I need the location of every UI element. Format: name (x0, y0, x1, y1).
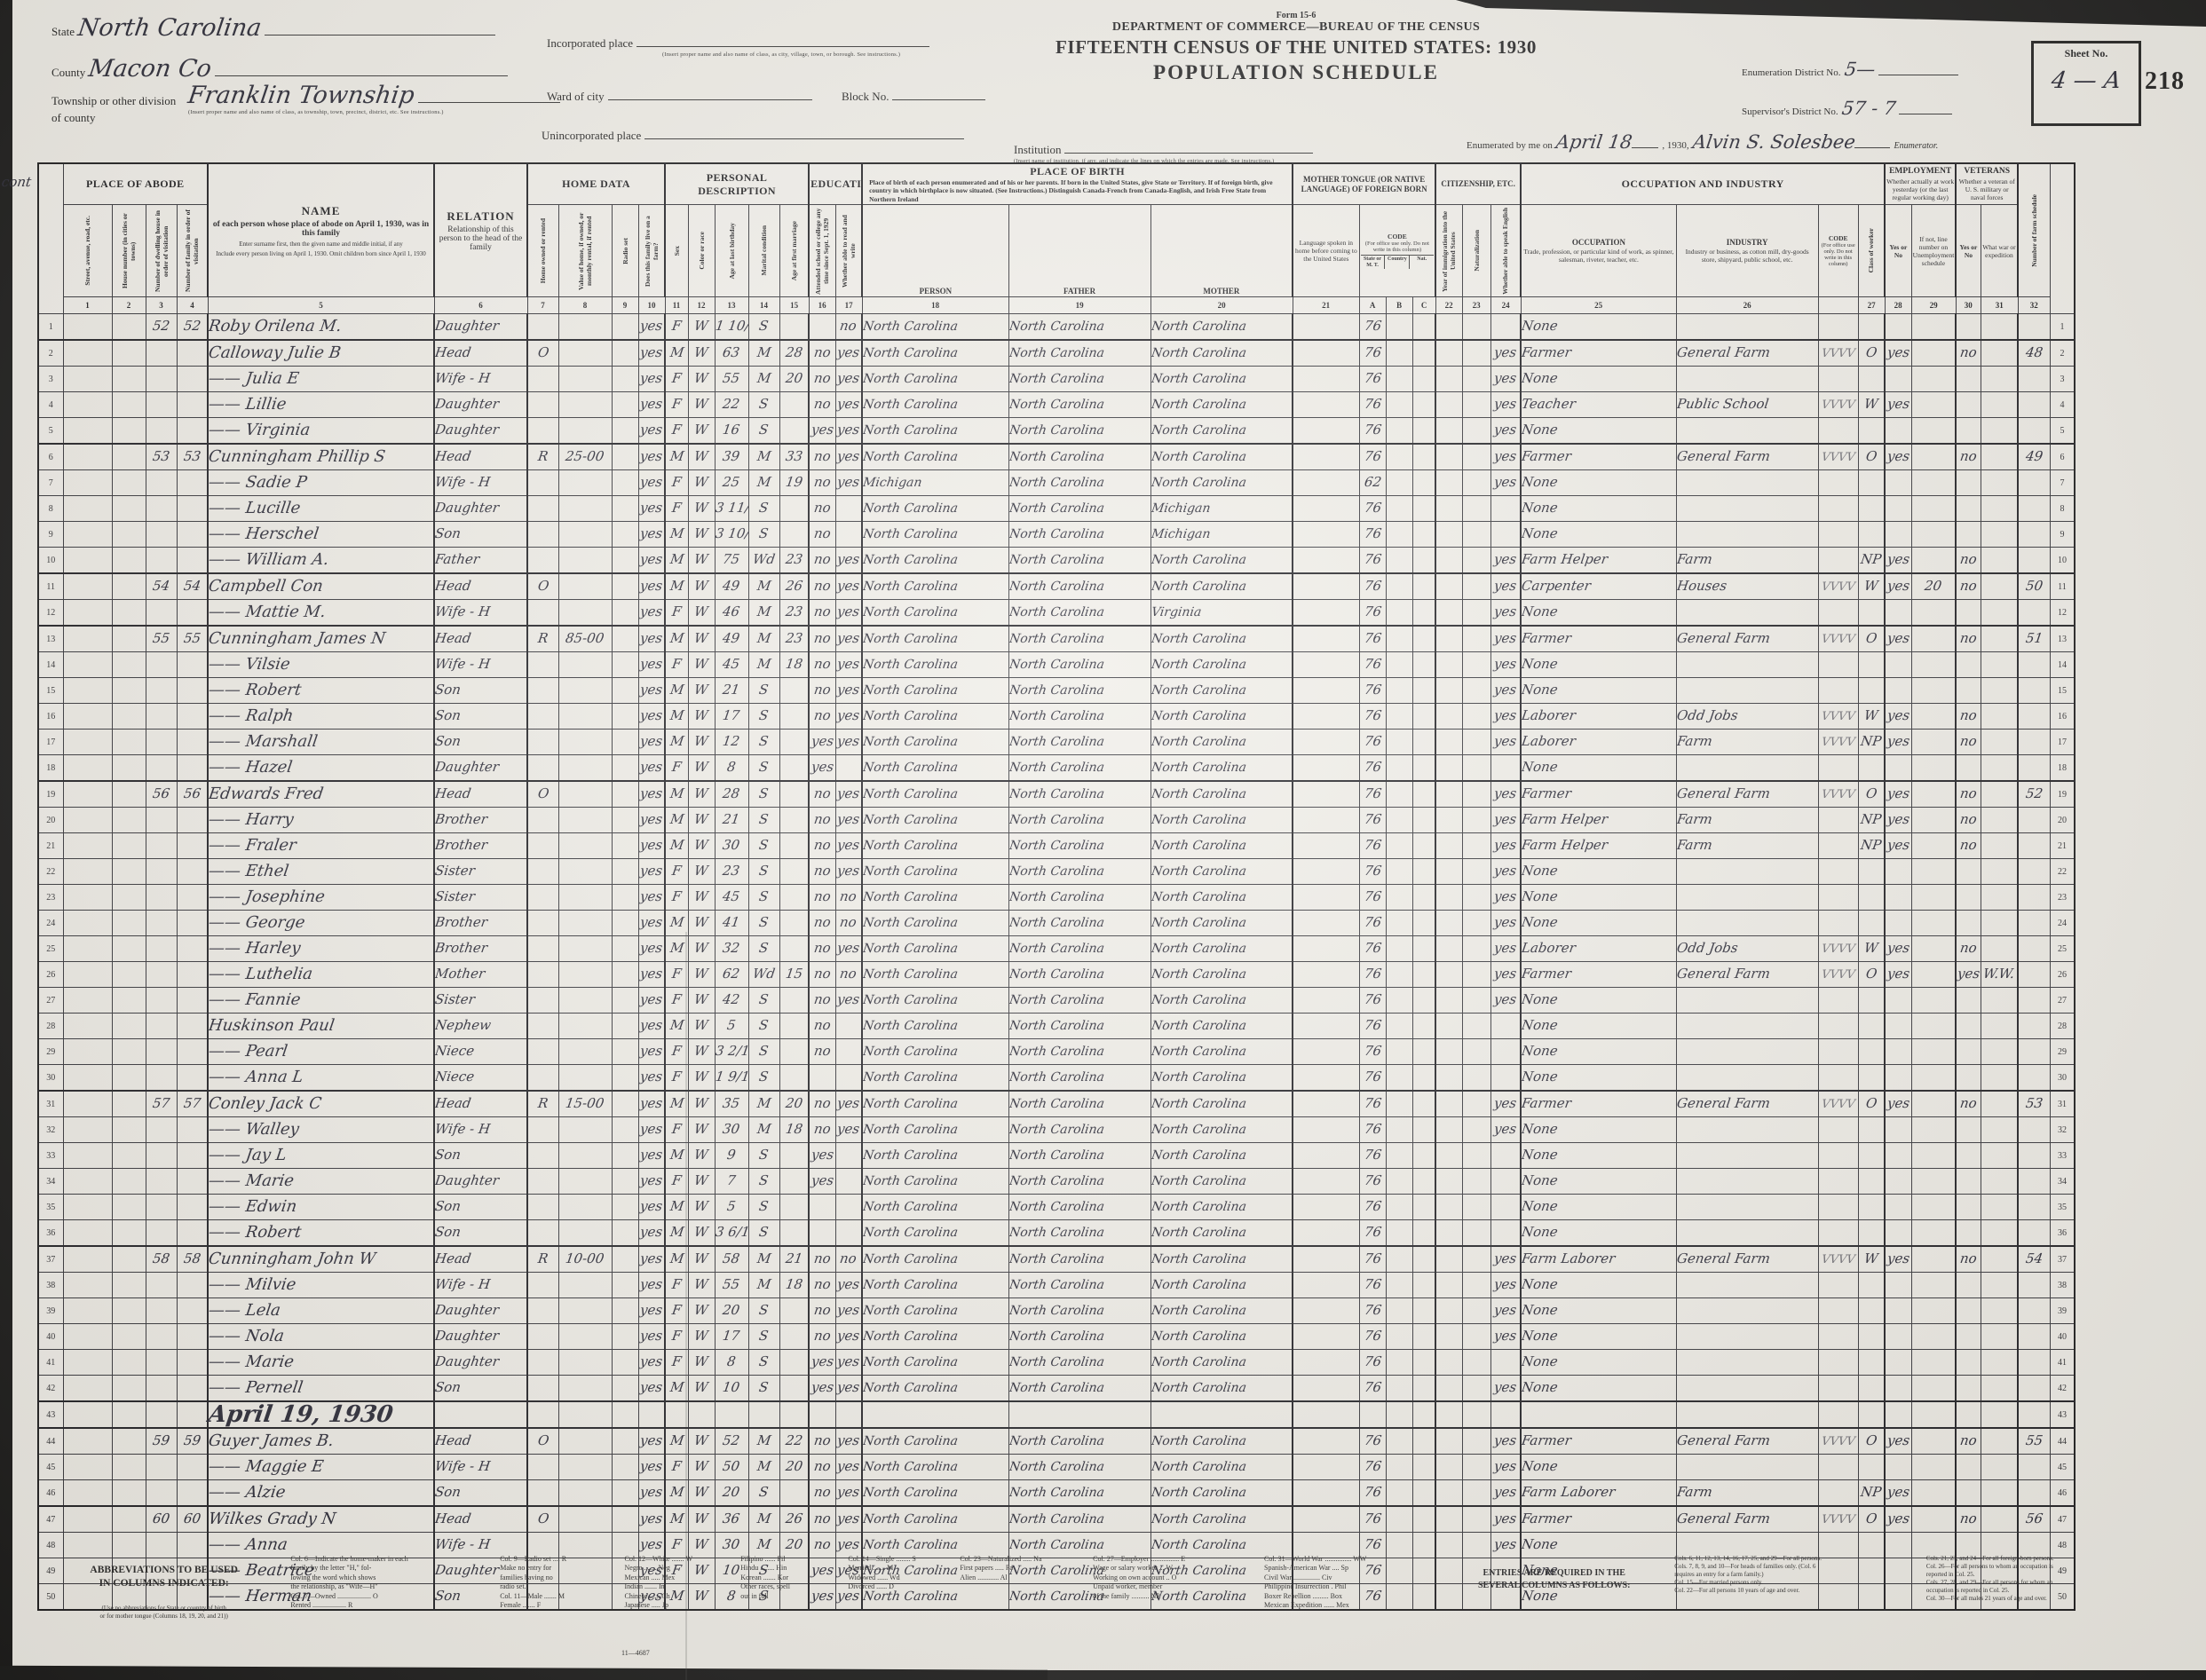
handwritten-entry: 52 (2025, 787, 2044, 801)
handwritten-entry: 76 (1364, 605, 1382, 619)
cell-mar: S (748, 1298, 779, 1324)
cell-ca: 76 (1359, 444, 1386, 470)
handwritten-entry: yes (1493, 605, 1517, 619)
handwritten-entry: yes (836, 1123, 860, 1136)
handwritten-entry: S (758, 423, 769, 437)
schedule-row: 25—— HarleyBrotheryesMW32SnoyesNorth Car… (38, 936, 2075, 962)
handwritten-entry: 26 (785, 580, 803, 593)
handwritten-entry: M (669, 916, 684, 929)
cell-lang (1293, 1480, 1359, 1507)
handwritten-entry: Head (434, 1434, 472, 1447)
cell-ind (1676, 1117, 1818, 1143)
handwritten-entry: North Carolina (1008, 840, 1104, 852)
cell-bpp: North Carolina (862, 496, 1008, 522)
cell-name: —— William A. (208, 548, 434, 574)
row-number: 33 (38, 1143, 63, 1169)
handwritten-entry: Guyer James B. (208, 1433, 335, 1449)
cell-bpf: North Carolina (1008, 314, 1150, 341)
row-number: 26 (38, 962, 63, 988)
row-number: 41 (38, 1350, 63, 1376)
cell-vet (1956, 1117, 1981, 1143)
cell-race: W (688, 418, 715, 445)
cell-dw (146, 833, 177, 859)
cell-bpm: North Carolina (1150, 936, 1293, 962)
cell-vet (1956, 1169, 1981, 1195)
schedule-row: 46—— AlzieSonyesMW20SnoyesNorth Carolina… (38, 1480, 2075, 1507)
handwritten-entry: W (693, 1019, 709, 1032)
cell-occ: None (1521, 1117, 1676, 1143)
handwritten-entry: M (669, 839, 684, 852)
cell-imm (1435, 730, 1462, 755)
cell-bpf: North Carolina (1008, 833, 1150, 859)
row-number: 14 (2050, 652, 2075, 678)
cell-eng: yes (1490, 418, 1521, 445)
state-field: State North Carolina (51, 14, 495, 42)
cell-une (1911, 1298, 1956, 1324)
cell-lang (1293, 1143, 1359, 1169)
cell-cc (1412, 444, 1435, 470)
cell-sch: no (809, 522, 835, 548)
row-number: 6 (38, 444, 63, 470)
column-numbers-row: 123456789101112131415161718192021ABC2223… (38, 297, 2075, 314)
abbreviations-footer: ABBREVIATIONS TO BE USED IN COLUMNS INDI… (51, 1555, 2155, 1629)
cell-name: —— Anna L (208, 1065, 434, 1092)
handwritten-entry: W (693, 864, 709, 878)
cell-hn (112, 1506, 146, 1533)
cell-ocode: VVVV (1818, 392, 1858, 418)
handwritten-entry: no (1959, 709, 1978, 722)
handwritten-entry: Farm (1676, 1486, 1712, 1499)
handwritten-entry: 25 (722, 476, 740, 489)
cell-mar: M (748, 470, 779, 496)
cell-mar: M (748, 1455, 779, 1480)
handwritten-entry: M (756, 450, 771, 463)
township-value-wrap: Franklin Township (Insert proper name an… (188, 82, 605, 115)
cell-sex: F (665, 392, 688, 418)
row-number: 19 (38, 781, 63, 808)
cell-wrk (1885, 1298, 1911, 1324)
cell-rad (612, 1298, 638, 1324)
cell-cls: O (1858, 1506, 1885, 1533)
handwritten-entry: North Carolina (1008, 1020, 1104, 1032)
handwritten-entry: F (671, 1070, 683, 1084)
cell-rel: Head (434, 781, 527, 808)
handwritten-entry: 76 (1364, 527, 1382, 540)
cell-rw: yes (835, 1350, 862, 1376)
enumerated-by-line: Enumerated by me on April 18 , 1930, Alv… (1467, 131, 1938, 153)
cell-ca: 76 (1359, 1220, 1386, 1247)
cell-rel: Brother (434, 808, 527, 833)
handwritten-entry: North Carolina (1008, 502, 1104, 515)
handwritten-entry: 76 (1364, 423, 1382, 437)
cell-own (527, 1324, 558, 1350)
cell-bpm: North Carolina (1150, 1455, 1293, 1480)
cell-farm: yes (638, 1376, 665, 1402)
cell-ocode (1818, 548, 1858, 574)
cell-age: 41 (715, 911, 748, 936)
cell-cls (1858, 885, 1885, 911)
handwritten-entry: 85-00 (565, 632, 605, 645)
handwritten-entry: None (1521, 1381, 1559, 1394)
cell-agm (779, 1014, 809, 1039)
cell-bpm: North Carolina (1150, 1506, 1293, 1533)
cell-dw (146, 730, 177, 755)
cell-ind: Farm (1676, 730, 1818, 755)
row-number: 40 (38, 1324, 63, 1350)
cell-bpf: North Carolina (1008, 1298, 1150, 1324)
cell-cb (1386, 1117, 1412, 1143)
cell-war (1981, 885, 2018, 911)
cell-ca: 76 (1359, 1273, 1386, 1298)
column-number (1818, 297, 1858, 314)
handwritten-entry: W (693, 1123, 709, 1136)
handwritten-entry: no (839, 890, 858, 903)
cell-agm (779, 1350, 809, 1376)
cell-sch: no (809, 444, 835, 470)
cell-cb (1386, 314, 1412, 341)
handwritten-entry: S (758, 501, 769, 515)
cell-lang (1293, 730, 1359, 755)
cell-bpm: North Carolina (1150, 392, 1293, 418)
handwritten-entry: F (671, 1304, 683, 1317)
handwritten-entry: M (756, 632, 771, 645)
handwritten-entry: yes (639, 1174, 663, 1187)
handwritten-entry: North Carolina (1008, 684, 1104, 697)
handwritten-entry: yes (836, 1097, 860, 1110)
handwritten-entry: no (813, 580, 832, 593)
cell-sch: no (809, 573, 835, 600)
cell-age: 17 (715, 1324, 748, 1350)
handwritten-entry: 76 (1364, 993, 1382, 1006)
cell-vet (1956, 755, 1981, 782)
cell-nat (1462, 1220, 1490, 1247)
handwritten-entry: no (839, 967, 858, 981)
cell-une (1911, 1480, 1956, 1507)
handwritten-entry: F (671, 476, 683, 489)
handwritten-entry: 42 (722, 993, 740, 1006)
handwritten-entry: 52 (722, 1434, 740, 1447)
column-number: 26 (1676, 297, 1818, 314)
handwritten-entry: 17 (722, 709, 740, 722)
handwritten-entry: no (813, 501, 832, 515)
cell-occ: None (1521, 1220, 1676, 1247)
handwritten-entry: yes (1957, 967, 1981, 981)
handwritten-entry: yes (1886, 1252, 1910, 1266)
cell-cc (1412, 755, 1435, 782)
column-birthplace-father: FATHER (1008, 205, 1150, 297)
handwritten-entry: yes (1493, 683, 1517, 697)
cell-sex: F (665, 1169, 688, 1195)
handwritten-entry: W (693, 1512, 709, 1526)
handwritten-entry: None (1521, 1278, 1559, 1291)
cell-dw (146, 911, 177, 936)
cell-vet: no (1956, 833, 1981, 859)
cell-imm (1435, 470, 1462, 496)
cell-rw: yes (835, 367, 862, 392)
handwritten-entry: W (693, 735, 709, 748)
handwritten-entry: —— Mattie M. (208, 604, 327, 620)
handwritten-entry: Head (434, 1252, 472, 1266)
column-read-write: Whether able to read and write (835, 205, 862, 297)
cell-cc (1412, 1273, 1435, 1298)
cell-farm: yes (638, 1480, 665, 1507)
handwritten-entry: yes (836, 864, 860, 878)
handwritten-entry: S (758, 1486, 769, 1499)
cell-sex: F (665, 496, 688, 522)
cell-sex: M (665, 704, 688, 730)
cell-imm (1435, 859, 1462, 885)
handwritten-entry: North Carolina (1008, 865, 1104, 878)
handwritten-entry: M (669, 527, 684, 540)
name-note2: Include every person living on April 1, … (210, 250, 432, 257)
handwritten-entry: North Carolina (1150, 373, 1246, 385)
row-number: 26 (2050, 962, 2075, 988)
handwritten-entry: S (758, 890, 769, 903)
cell-vet (1956, 1376, 1981, 1402)
cell-eng (1490, 1195, 1521, 1220)
handwritten-entry: yes (836, 580, 860, 593)
cell-mar: S (748, 678, 779, 704)
cell-st (63, 626, 112, 652)
cell-cb (1386, 859, 1412, 885)
handwritten-entry: 20 (722, 1304, 740, 1317)
cell-cc (1412, 988, 1435, 1014)
handwritten-entry: W (693, 942, 709, 955)
cell-imm (1435, 314, 1462, 341)
cell-farm: yes (638, 1298, 665, 1324)
cell-rad (612, 1195, 638, 1220)
cell-imm (1435, 1298, 1462, 1324)
cell-dw: 57 (146, 1091, 177, 1117)
cell-rad (612, 1014, 638, 1039)
handwritten-entry: yes (836, 450, 860, 463)
cell-lang (1293, 808, 1359, 833)
cell-ind (1676, 1324, 1818, 1350)
handwritten-entry: —— Jay L (208, 1148, 288, 1163)
cell-name: —— Hazel (208, 755, 434, 782)
cell-une (1911, 704, 1956, 730)
cell-vet (1956, 652, 1981, 678)
cell-st (63, 600, 112, 627)
cell-cb (1386, 548, 1412, 574)
cell-lang (1293, 392, 1359, 418)
cell-age: 28 (715, 781, 748, 808)
cell-wrk: yes (1885, 704, 1911, 730)
cell-occ: Laborer (1521, 704, 1676, 730)
handwritten-entry: yes (836, 735, 860, 748)
cell-cb (1386, 340, 1412, 367)
column-number: 2 (112, 297, 146, 314)
cell-rad (612, 1246, 638, 1273)
cell-lang (1293, 1065, 1359, 1092)
cell-val (558, 1350, 612, 1376)
handwritten-entry: F (671, 423, 683, 437)
cell-st (63, 496, 112, 522)
cell-war (1981, 1195, 2018, 1220)
handwritten-entry: Daughter (434, 1174, 500, 1187)
cell-ind (1676, 1401, 1818, 1428)
cell-dw: 60 (146, 1506, 177, 1533)
cell-cb (1386, 1480, 1412, 1507)
cell-race (688, 1401, 715, 1428)
cell-wrk (1885, 1350, 1911, 1376)
cell-dw (146, 1143, 177, 1169)
cell-age: 8 (715, 755, 748, 782)
handwritten-entry: North Carolina (1008, 1045, 1104, 1058)
cell-nat (1462, 600, 1490, 627)
handwritten-entry: Michigan (1150, 502, 1211, 515)
cell-ca: 62 (1359, 470, 1386, 496)
cell-nat (1462, 1091, 1490, 1117)
ward-rule (608, 96, 812, 100)
handwritten-entry: yes (1493, 839, 1517, 852)
abbrev-col12b: Filipino ...... Fil Hindu ........ Hin K… (740, 1555, 834, 1601)
cell-ind (1676, 367, 1818, 392)
cell-rel: Daughter (434, 392, 527, 418)
unincorporated-field: Unincorporated place (542, 128, 964, 144)
handwritten-entry: Brother (434, 813, 488, 826)
handwritten-entry: yes (1493, 735, 1517, 748)
cell-cb (1386, 885, 1412, 911)
cell-race: W (688, 755, 715, 782)
cell-st (63, 1506, 112, 1533)
cell-cc (1412, 573, 1435, 600)
cell-farm: yes (638, 1143, 665, 1169)
cell-lang (1293, 1220, 1359, 1247)
cell-st (63, 470, 112, 496)
cell-mar: S (748, 522, 779, 548)
cell-eng (1490, 1169, 1521, 1195)
handwritten-entry: 55 (152, 632, 170, 645)
handwritten-entry: North Carolina (1008, 1330, 1104, 1343)
handwritten-entry: W (693, 813, 709, 826)
column-number: 23 (1462, 297, 1490, 314)
cell-une (1911, 1014, 1956, 1039)
cell-hn (112, 988, 146, 1014)
scan-edge-bottom (0, 1658, 1048, 1680)
handwritten-entry: North Carolina (1008, 1279, 1104, 1291)
column-home-value: Value of home, if owned, or monthly rent… (558, 205, 612, 297)
handwritten-entry: O (537, 346, 550, 359)
cell-rel: Wife - H (434, 600, 527, 627)
cell-bpf: North Carolina (1008, 1169, 1150, 1195)
row-number: 19 (2050, 781, 2075, 808)
row-number: 18 (38, 755, 63, 782)
cell-hn (112, 340, 146, 367)
cell-agm (779, 1143, 809, 1169)
handwritten-entry: Farmer (1521, 1512, 1572, 1526)
cell-hn (112, 1428, 146, 1455)
handwritten-entry: 20 (722, 1486, 740, 1499)
row-number: 4 (38, 392, 63, 418)
handwritten-entry: F (671, 1278, 683, 1291)
cell-bpf: North Carolina (1008, 988, 1150, 1014)
handwritten-entry: North Carolina (862, 659, 959, 671)
cell-occ: Farmer (1521, 962, 1676, 988)
cell-vet: no (1956, 573, 1981, 600)
cell-bpm: North Carolina (1150, 1117, 1293, 1143)
cell-nat (1462, 678, 1490, 704)
cell-ca: 76 (1359, 314, 1386, 341)
handwritten-entry: North Carolina (1150, 865, 1246, 878)
cell-une (1911, 652, 1956, 678)
cell-vet (1956, 1324, 1981, 1350)
handwritten-entry: None (1521, 916, 1559, 929)
column-occupation: OCCUPATION Trade, profession, or particu… (1521, 205, 1676, 297)
cell-fam: 53 (177, 444, 208, 470)
cell-rad (612, 1480, 638, 1507)
cell-ca: 76 (1359, 652, 1386, 678)
cell-fno: 55 (2018, 1428, 2050, 1455)
row-number: 32 (2050, 1117, 2075, 1143)
cell-age: 22 (715, 392, 748, 418)
cell-rw: no (835, 911, 862, 936)
cell-une (1911, 1091, 1956, 1117)
cell-dw (146, 1117, 177, 1143)
handwritten-entry: General Farm (1676, 787, 1770, 801)
cell-mar: M (748, 1117, 779, 1143)
cell-imm (1435, 678, 1462, 704)
cell-imm (1435, 1195, 1462, 1220)
handwritten-entry: Farmer (1521, 1434, 1572, 1447)
cell-cc (1412, 522, 1435, 548)
cell-rel (434, 1401, 527, 1428)
cell-farm: yes (638, 340, 665, 367)
handwritten-entry: yes (836, 605, 860, 619)
schedule-row: 41—— MarieDaughteryesFW8SyesyesNorth Car… (38, 1350, 2075, 1376)
cell-bpf: North Carolina (1008, 1014, 1150, 1039)
cell-sch: yes (809, 1376, 835, 1402)
cell-name: —— Fraler (208, 833, 434, 859)
cell-agm: 23 (779, 626, 809, 652)
cell-name: —— Lela (208, 1298, 434, 1324)
cell-ca: 76 (1359, 1039, 1386, 1065)
cell-fam (177, 392, 208, 418)
cell-imm (1435, 1506, 1462, 1533)
handwritten-entry: None (1521, 1355, 1559, 1368)
handwritten-entry: North Carolina (1008, 891, 1104, 903)
cell-agm (779, 1195, 809, 1220)
schedule-row: 375858Cunningham John WHeadR10-00yesMW58… (38, 1246, 2075, 1273)
cell-rel: Mother (434, 962, 527, 988)
row-number: 23 (38, 885, 63, 911)
cell-name: —— Walley (208, 1117, 434, 1143)
cell-bpm: Virginia (1150, 600, 1293, 627)
cell-eng: yes (1490, 1117, 1521, 1143)
cell-war (1981, 573, 2018, 600)
handwritten-entry: Laborer (1521, 735, 1577, 748)
cell-vet (1956, 859, 1981, 885)
cell-cc (1412, 1324, 1435, 1350)
cell-rw: yes (835, 1324, 862, 1350)
cell-mar: M (748, 1273, 779, 1298)
cell-cb (1386, 808, 1412, 833)
column-number: 20 (1150, 297, 1293, 314)
handwritten-entry: 76 (1364, 398, 1382, 411)
cell-st (63, 730, 112, 755)
cell-bpp: North Carolina (862, 1298, 1008, 1324)
cell-ca: 76 (1359, 1246, 1386, 1273)
cell-hn (112, 418, 146, 445)
schedule-row: 476060Wilkes Grady NHeadOyesMW36M26noyes… (38, 1506, 2075, 1533)
handwritten-entry: no (813, 942, 832, 955)
handwritten-entry: S (758, 1045, 769, 1058)
employment-desc: Whether actually at work yesterday (or t… (1886, 177, 1954, 201)
cell-vet: no (1956, 808, 1981, 833)
handwritten-entry: yes (1493, 450, 1517, 463)
cell-bpp: North Carolina (862, 1350, 1008, 1376)
cell-imm (1435, 808, 1462, 833)
